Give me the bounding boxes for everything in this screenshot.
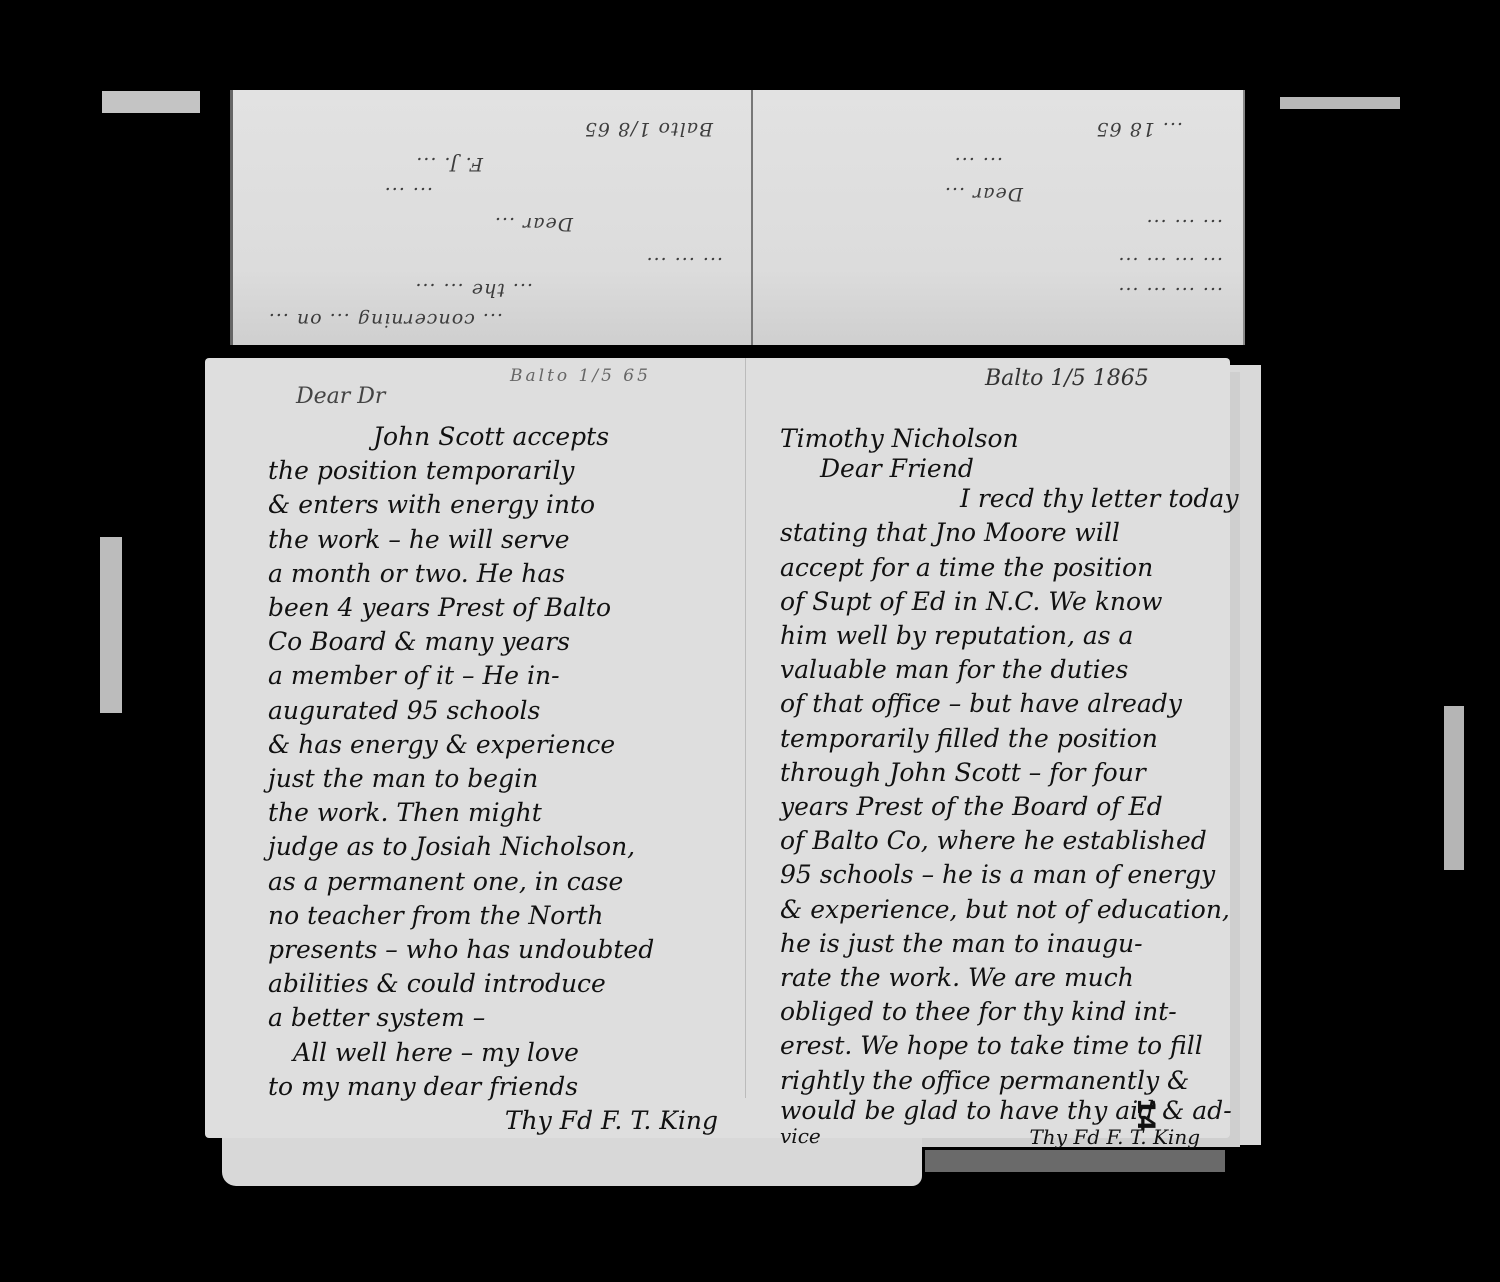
left-letter-body: John Scott accepts the position temporar… <box>268 420 738 1138</box>
docket-line: Balto 1/8 65 <box>584 118 713 140</box>
letter-line: & enters with energy into <box>268 488 738 522</box>
letter-line: a better system – <box>268 1001 738 1035</box>
sheet-fold-line <box>745 358 746 1098</box>
docket-line: ... 18 65 <box>1095 118 1183 140</box>
folded-docket: ... concerning ... on ... ... the ... ..… <box>230 90 1245 345</box>
letter-line: obliged to thee for thy kind int- <box>780 995 1220 1029</box>
docket-line: ... ... <box>384 183 433 205</box>
letter-line: of that office – but have already <box>780 687 1220 721</box>
letter-line: the position temporarily <box>268 454 738 488</box>
left-letter-salutation: Dear Dr <box>296 384 385 409</box>
scanner-edge-strip-left <box>100 537 122 713</box>
docket-line: F. J. ... <box>415 153 483 175</box>
letter-line: stating that Jno Moore will <box>780 516 1220 550</box>
scanner-edge-strip-right <box>1444 706 1464 870</box>
docket-line: ... ... ... <box>1146 215 1223 237</box>
docket-fold-line <box>751 90 753 345</box>
docket-line: Dear ... <box>944 183 1023 205</box>
letter-line: the work – he will serve <box>268 523 738 557</box>
docket-line: ... ... ... ... <box>1117 253 1223 275</box>
right-letter-salutation: Dear Friend <box>780 456 1220 482</box>
letter-line: All well here – my love <box>268 1036 738 1070</box>
letter-line: I recd thy letter today <box>780 482 1220 516</box>
letter-line: valuable man for the duties <box>780 653 1220 687</box>
docket-right-panel: ... ... ... ... ... ... ... ... ... ... … <box>763 90 1233 345</box>
right-letter-date: Balto 1/5 1865 <box>985 366 1149 391</box>
letter-line: 95 schools – he is a man of energy <box>780 858 1220 892</box>
letter-line: to my many dear friends <box>268 1070 738 1104</box>
letter-line: been 4 years Prest of Balto <box>268 591 738 625</box>
letter-line: presents – who has undoubted <box>268 933 738 967</box>
docket-line: ... the ... ... <box>414 279 533 301</box>
letter-line: through John Scott – for four <box>780 756 1220 790</box>
letter-line: just the man to begin <box>268 762 738 796</box>
letter-line: a month or two. He has <box>268 557 738 591</box>
letter-line: erest. We hope to take time to fill <box>780 1029 1220 1063</box>
docket-line: ... ... ... <box>646 253 723 275</box>
letter-line: of Supt of Ed in N.C. We know <box>780 585 1220 619</box>
letter-line: as a permanent one, in case <box>268 865 738 899</box>
letter-line: rate the work. We are much <box>780 961 1220 995</box>
letter-line: augurated 95 schools <box>268 694 738 728</box>
letter-line: rightly the office permanently & <box>780 1064 1220 1098</box>
letter-line: he is just the man to inaugu- <box>780 927 1220 961</box>
letter-line: judge as to Josiah Nicholson, <box>268 830 738 864</box>
docket-line: ... concerning ... on ... <box>268 309 503 331</box>
page-number: 14 <box>1132 1098 1160 1131</box>
letter-line: abilities & could introduce <box>268 967 738 1001</box>
letter-line: of Balto Co, where he established <box>780 824 1220 858</box>
letter-line: John Scott accepts <box>268 420 738 454</box>
docket-line: ... ... ... ... <box>1117 283 1223 305</box>
letter-line: him well by reputation, as a <box>780 619 1220 653</box>
docket-left-panel: ... concerning ... on ... ... the ... ..… <box>253 90 733 345</box>
letter-line: accept for a time the position <box>780 551 1220 585</box>
letter-line: & has energy & experience <box>268 728 738 762</box>
letter-line: no teacher from the North <box>268 899 738 933</box>
right-letter-body: Timothy Nicholson Dear Friend I recd thy… <box>780 422 1220 1154</box>
docket-line: ... ... <box>954 153 1003 175</box>
letter-line: temporarily filled the position <box>780 722 1220 756</box>
letter-line: Co Board & many years <box>268 625 738 659</box>
scanner-edge-strip-top-right <box>1280 97 1400 109</box>
scanner-edge-strip-top-left <box>102 91 200 113</box>
docket-line: Dear ... <box>494 213 573 235</box>
letter-line: the work. Then might <box>268 796 738 830</box>
left-letter-signature: Thy Fd F. T. King <box>268 1104 738 1138</box>
letter-line: & experience, but not of education, <box>780 893 1220 927</box>
letter-line: years Prest of the Board of Ed <box>780 790 1220 824</box>
right-letter-addressee: Timothy Nicholson <box>780 422 1220 456</box>
letter-line: a member of it – He in- <box>268 659 738 693</box>
left-letter-date: Balto 1/5 65 <box>510 366 651 386</box>
